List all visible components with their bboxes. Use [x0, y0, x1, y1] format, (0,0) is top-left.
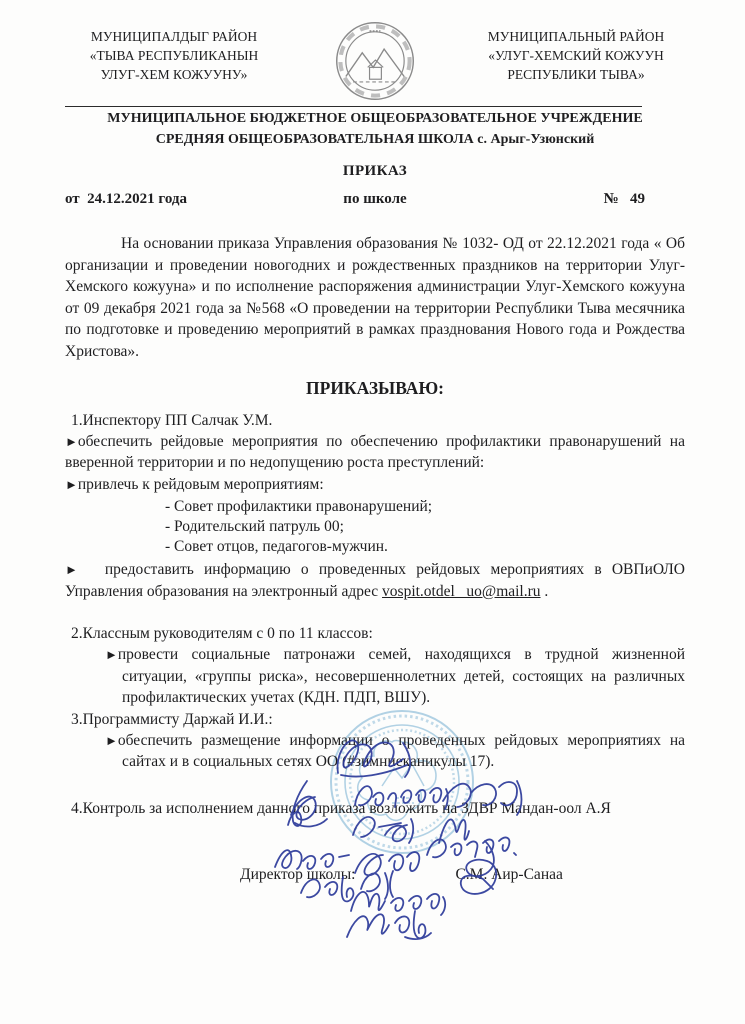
item1-bullet2-text: привлечь к рейдовым мероприятиям: [78, 476, 324, 493]
triangle-bullet-icon: ► [65, 434, 78, 449]
institution-line1: МУНИЦИПАЛЬНОЕ БЮДЖЕТНОЕ ОБЩЕОБРАЗОВАТЕЛЬ… [65, 108, 685, 129]
institution-name: МУНИЦИПАЛЬНОЕ БЮДЖЕТНОЕ ОБЩЕОБРАЗОВАТЕЛЬ… [65, 108, 685, 150]
institution-line2: СРЕДНЯЯ ОБЩЕОБРАЗОВАТЕЛЬНАЯ ШКОЛА с. Ары… [65, 129, 685, 150]
org-tuvan-line: УЛУГ-ХЕМ КОЖУУНУ» [65, 66, 283, 85]
signature-row: Директор школы: С.М. Аир-Санаа [240, 866, 685, 884]
org-name-tuvan: МУНИЦИПАЛДЫГ РАЙОН «ТЫВА РЕСПУБЛИКАНЫН У… [65, 20, 283, 85]
order-meta-row: от 24.12.2021 года по школе № 49 [65, 191, 685, 208]
director-name: С.М. Аир-Санаа [455, 866, 562, 884]
org-tuvan-line: «ТЫВА РЕСПУБЛИКАНЫН [65, 47, 283, 66]
scanned-order-document: МУНИЦИПАЛДЫГ РАЙОН «ТЫВА РЕСПУБЛИКАНЫН У… [0, 0, 745, 1024]
email-address: vospit.otdel_ uo@mail.ru [382, 583, 541, 600]
masthead: МУНИЦИПАЛДЫГ РАЙОН «ТЫВА РЕСПУБЛИКАНЫН У… [65, 20, 685, 102]
triangle-bullet-icon: ► [65, 477, 78, 492]
item1-bullet2: ►привлечь к рейдовым мероприятиям: [65, 474, 685, 496]
order-number: № 49 [475, 191, 685, 208]
order-title: ПРИКАЗ [65, 163, 685, 180]
district-emblem-icon [325, 20, 425, 102]
item1-heading: 1.Инспектору ПП Салчак У.М. [65, 410, 685, 431]
item1-bullet3-tail: . [544, 583, 548, 600]
preamble-paragraph: На основании приказа Управления образова… [65, 233, 685, 362]
item1-bullet3: ►предоставить информацию о проведенных р… [65, 559, 685, 602]
order-subject: по школе [275, 191, 475, 208]
header-divider [65, 106, 642, 107]
item3-heading: 3.Программисту Даржай И.И.: [65, 709, 685, 730]
item2-bullet1: ►провести социальные патронажи семей, на… [105, 644, 685, 709]
org-tuvan-line: МУНИЦИПАЛДЫГ РАЙОН [65, 28, 283, 47]
item2-bullet1-text: провести социальные патронажи семей, нах… [118, 646, 685, 706]
item1-bullet1: ►обеспечить рейдовые мероприятия по обес… [65, 431, 685, 474]
org-russian-line: МУНИЦИПАЛЬНЫЙ РАЙОН [467, 28, 685, 47]
triangle-bullet-icon: ► [65, 562, 78, 577]
sub-item: - Родительский патруль 00; [165, 517, 685, 537]
item1-sub-list: - Совет профилактики правонарушений; - Р… [165, 497, 685, 557]
item3-bullet1-text: обеспечить размещение информации о прове… [118, 732, 685, 771]
document-body: МУНИЦИПАЛДЫГ РАЙОН «ТЫВА РЕСПУБЛИКАНЫН У… [0, 0, 745, 884]
triangle-bullet-icon: ► [105, 647, 118, 662]
org-name-russian: МУНИЦИПАЛЬНЫЙ РАЙОН «УЛУГ-ХЕМСКИЙ КОЖУУН… [467, 20, 685, 85]
org-russian-line: РЕСПУБЛИКИ ТЫВА» [467, 66, 685, 85]
triangle-bullet-icon: ► [105, 733, 118, 748]
sub-item: - Совет профилактики правонарушений; [165, 497, 685, 517]
sub-item: - Совет отцов, педагогов-мужчин. [165, 537, 685, 557]
item4-paragraph: 4.Контроль за исполнением данного приказ… [65, 800, 685, 818]
item3-bullet1: ►обеспечить размещение информации о пров… [105, 730, 685, 773]
item1-bullet1-text: обеспечить рейдовые мероприятия по обесп… [65, 433, 685, 472]
item2-heading: 2.Классным руководителям с 0 по 11 класс… [65, 623, 685, 644]
order-date: от 24.12.2021 года [65, 191, 275, 208]
resolution-heading: ПРИКАЗЫВАЮ: [65, 378, 685, 399]
item1-bullet3-text: предоставить информацию о проведенных ре… [65, 561, 685, 600]
org-russian-line: «УЛУГ-ХЕМСКИЙ КОЖУУН [467, 47, 685, 66]
signature-label: Директор школы: [240, 866, 355, 884]
